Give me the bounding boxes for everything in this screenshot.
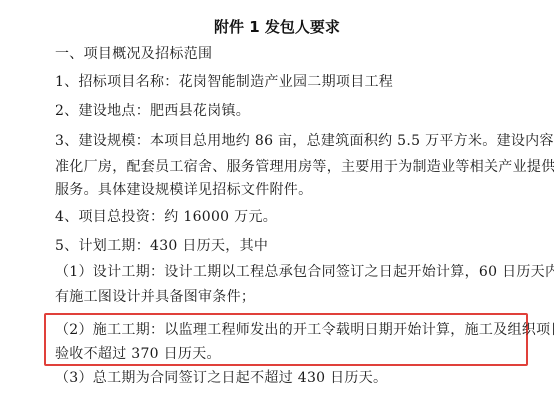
section-heading: 一、项目概况及招标范围	[55, 45, 212, 63]
item-project-name: 1、招标项目名称：花岗智能制造产业园二期项目工程	[55, 73, 393, 91]
sub-item-construction-line-1: （2）施工工期：以监理工程师发出的开工令载明日期开始计算，施工及组织项目竣工、	[55, 321, 554, 339]
item-investment: 4、项目总投资：约 16000 万元。	[55, 208, 277, 226]
item-location: 2、建设地点：肥西县花岗镇。	[55, 102, 250, 120]
sub-item-design-line-1: （1）设计工期：设计工期以工程总承包合同签订之日起开始计算，60 日历天内完成所	[55, 263, 554, 281]
sub-item-design-line-2: 有施工图设计并具备图审条件；	[55, 288, 255, 306]
document-title: 附件 1 发包人要求	[0, 17, 554, 37]
sub-item-construction-line-2: 验收不超过 370 日历天。	[55, 345, 221, 363]
item-scale-line-1: 3、建设规模：本项目总用地约 86 亩，总建筑面积约 5.5 万平方米。建设内容…	[55, 132, 554, 150]
item-scale-line-3: 服务。具体建设规模详见招标文件附件。	[55, 181, 312, 199]
item-schedule: 5、计划工期：430 日历天，其中	[55, 237, 268, 255]
item-scale-line-2: 准化厂房，配套员工宿舍、服务管理用房等，主要用于为制造业等相关产业提供生产	[55, 158, 554, 176]
sub-item-total-period: （3）总工期为合同签订之日起不超过 430 日历天。	[55, 369, 387, 387]
